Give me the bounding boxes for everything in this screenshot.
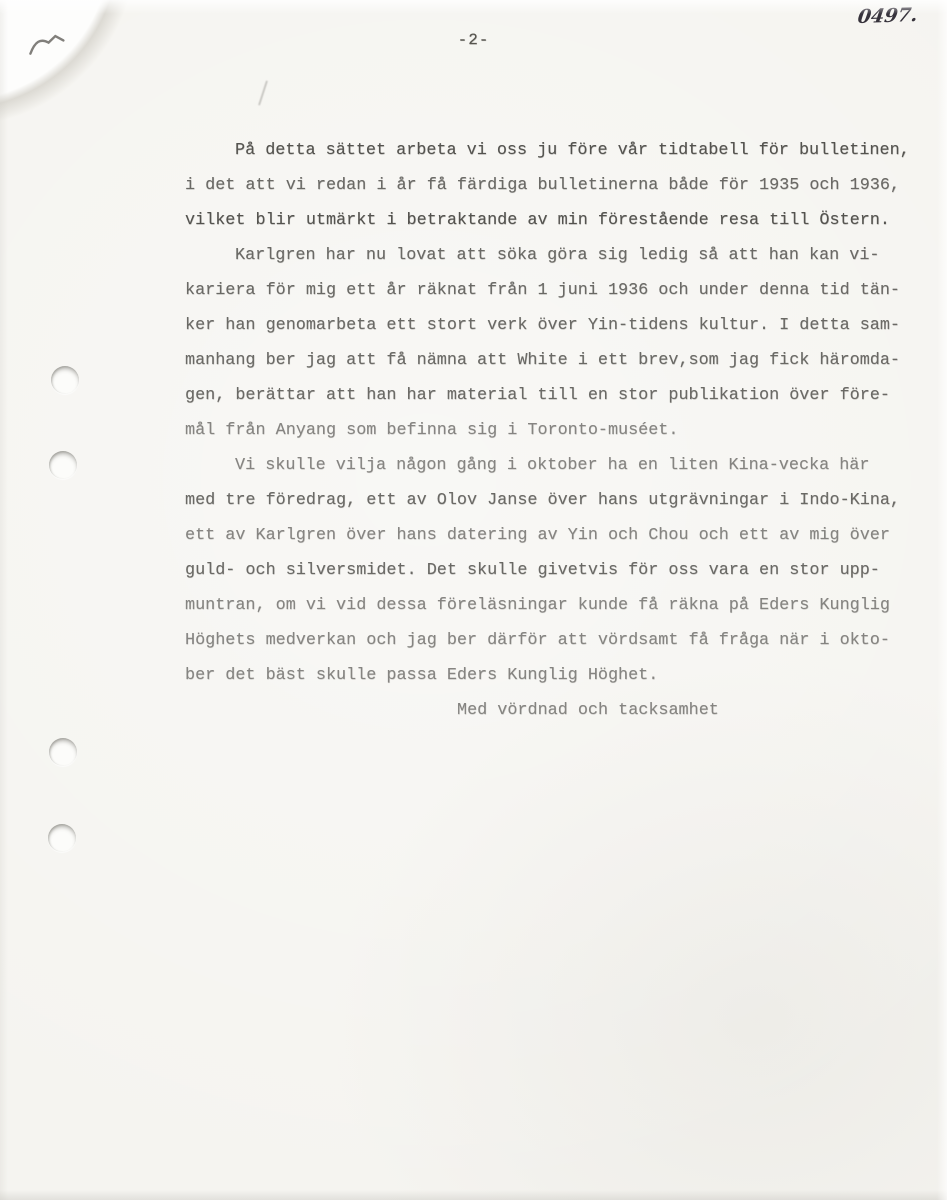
- letter-body: På detta sättet arbeta vi oss ju före vå…: [185, 133, 930, 728]
- punch-hole: [51, 366, 79, 394]
- letter-line: med tre föredrag, ett av Olov Janse över…: [185, 483, 930, 518]
- punch-hole: [49, 738, 77, 766]
- letter-closing: Med vördnad och tacksamhet: [457, 693, 930, 728]
- page-corner-curl: [0, 0, 170, 150]
- letter-line: Vi skulle vilja någon gång i oktober ha …: [185, 448, 930, 483]
- letter-line: manhang ber jag att få nämna att White i…: [185, 343, 930, 378]
- letter-line: gen, berättar att han har material till …: [185, 378, 930, 413]
- letter-line: muntran, om vi vid dessa föreläsningar k…: [185, 588, 930, 623]
- letter-line: ett av Karlgren över hans datering av Yi…: [185, 518, 930, 553]
- letter-line: kariera för mig ett år räknat från 1 jun…: [185, 273, 930, 308]
- letter-line: mål från Anyang som befinna sig i Toront…: [185, 413, 930, 448]
- punch-hole: [48, 824, 76, 852]
- letter-line: Höghets medverkan och jag ber därför att…: [185, 623, 930, 658]
- punch-hole: [49, 451, 77, 479]
- letter-line: På detta sättet arbeta vi oss ju före vå…: [185, 133, 930, 168]
- letter-line: ker han genomarbeta ett stort verk över …: [185, 308, 930, 343]
- letter-line: guld- och silversmidet. Det skulle givet…: [185, 553, 930, 588]
- letter-line: i det att vi redan i år få färdiga bulle…: [185, 168, 930, 203]
- scanned-letter-page: -2- 0497. På detta sättet arbeta vi oss …: [0, 0, 947, 1200]
- page-number: -2-: [0, 31, 947, 49]
- archive-number-handwritten: 0497.: [856, 4, 919, 28]
- letter-line: Karlgren har nu lovat att söka göra sig …: [185, 238, 930, 273]
- scan-smudge: [258, 80, 268, 105]
- letter-line: vilket blir utmärkt i betraktande av min…: [185, 203, 930, 238]
- letter-line: ber det bäst skulle passa Eders Kunglig …: [185, 658, 930, 693]
